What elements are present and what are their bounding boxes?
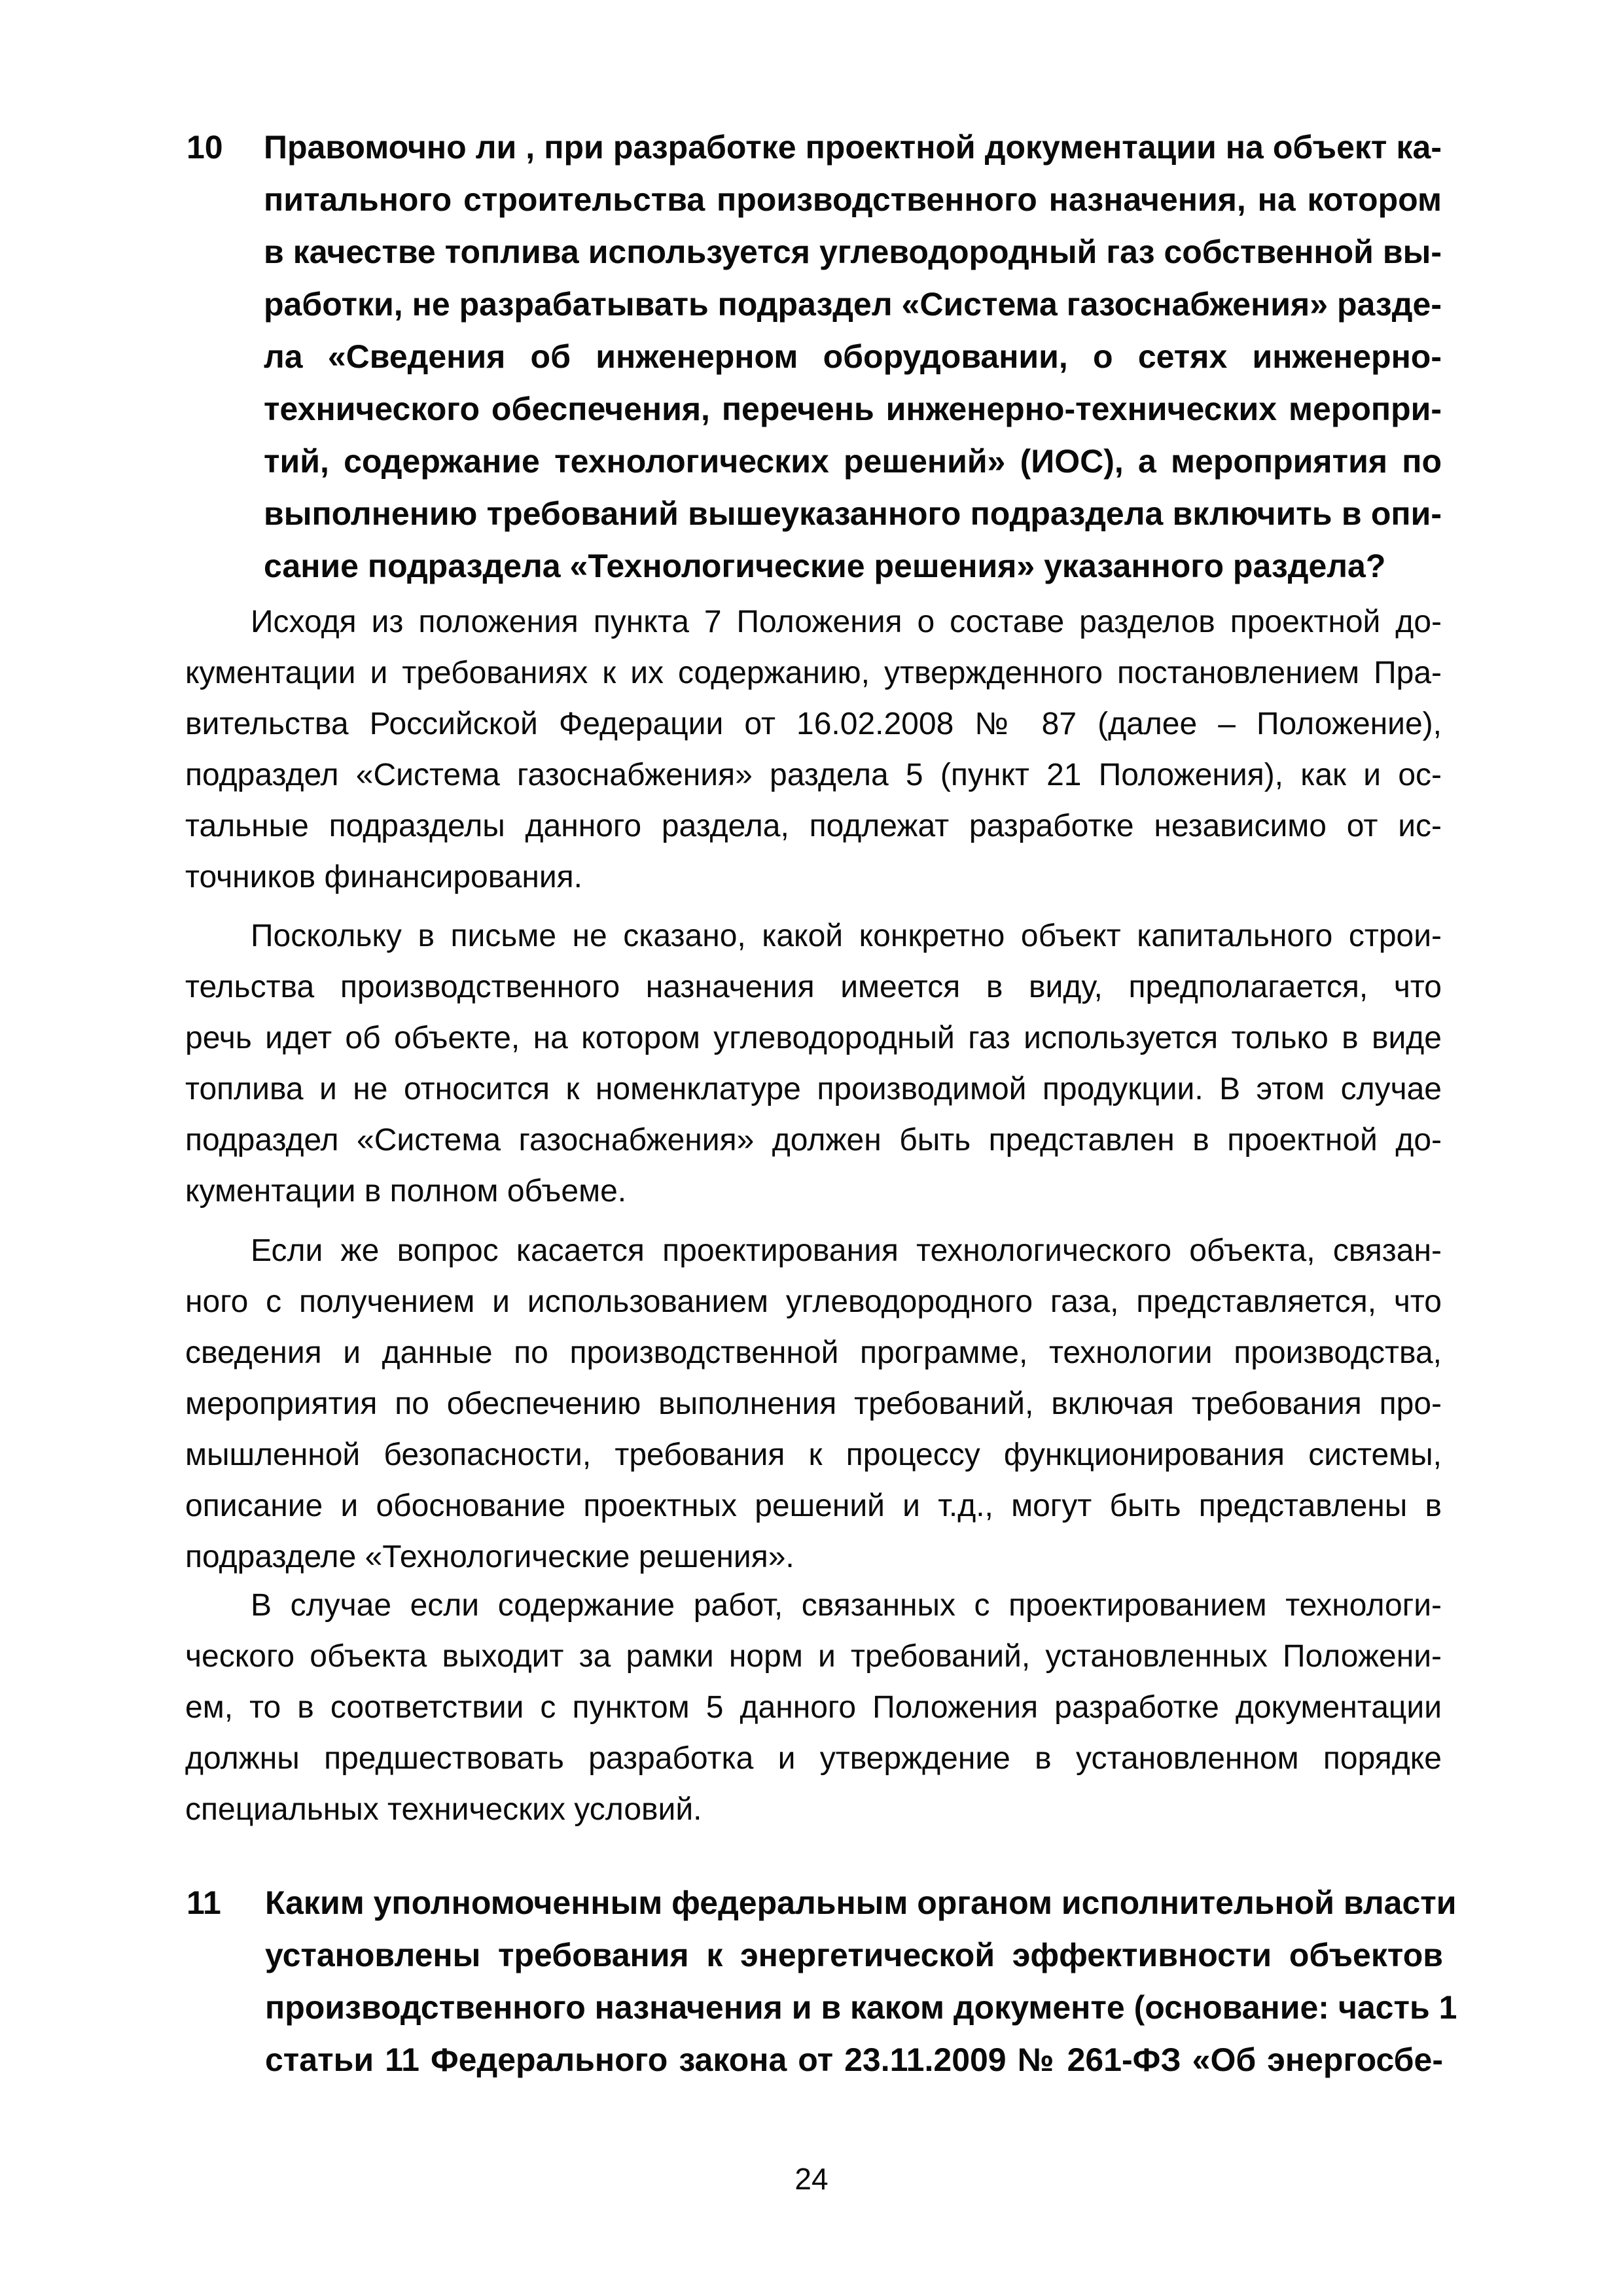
- question-number: 10: [187, 121, 223, 173]
- question-text: Правомочно ли , при разработке проектной…: [264, 121, 1442, 592]
- question-line: Правомочно ли , при разработке проектной…: [264, 121, 1442, 173]
- paragraph-line: ного с получением и использованием углев…: [185, 1277, 1442, 1328]
- paragraph-line: специальных технических условий.: [185, 1784, 1442, 1835]
- question-line: установлены требования к энергетической …: [265, 1929, 1443, 1981]
- paragraph-line: Исходя из положения пункта 7 Положения о…: [185, 597, 1442, 648]
- paragraph-line: мышленной безопасности, требования к про…: [185, 1430, 1442, 1481]
- paragraph-line: подраздел «Система газоснабжения» раздел…: [185, 750, 1442, 801]
- question-line: Каким уполномоченным федеральным органом…: [265, 1877, 1443, 1929]
- question-number: 11: [187, 1877, 221, 1929]
- answer-paragraph: Поскольку в письме не сказано, какой кон…: [185, 911, 1442, 1217]
- paragraph-line: В случае если содержание работ, связанны…: [185, 1580, 1442, 1631]
- paragraph-line: Поскольку в письме не сказано, какой кон…: [185, 911, 1442, 962]
- paragraph-line: кументации в полном объеме.: [185, 1166, 1442, 1217]
- question-line: тий, содержание технологических решений»…: [264, 435, 1442, 487]
- question-10: 10 Правомочно ли , при разработке проект…: [187, 121, 1443, 592]
- paragraph-line: тальные подразделы данного раздела, подл…: [185, 801, 1442, 852]
- question-line: питального строительства производственно…: [264, 173, 1442, 226]
- paragraph-line: ем, то в соответствии с пунктом 5 данног…: [185, 1682, 1442, 1733]
- paragraph-line: подраздел «Система газоснабжения» должен…: [185, 1115, 1442, 1166]
- question-line: статьи 11 Федерального закона от 23.11.2…: [265, 2034, 1443, 2086]
- document-page: 10 Правомочно ли , при разработке проект…: [0, 0, 1623, 2296]
- question-line: в качестве топлива используется углеводо…: [264, 226, 1442, 278]
- paragraph-line: топлива и не относится к номенклатуре пр…: [185, 1064, 1442, 1115]
- question-line: производственного назначения и в каком д…: [265, 1981, 1443, 2034]
- paragraph-line: точников финансирования.: [185, 852, 1442, 903]
- paragraph-line: кументации и требованиях к их содержанию…: [185, 648, 1442, 699]
- question-line: работки, не разрабатывать подраздел «Сис…: [264, 278, 1442, 330]
- question-text: Каким уполномоченным федеральным органом…: [265, 1877, 1443, 2086]
- paragraph-line: мероприятия по обеспечению выполнения тр…: [185, 1379, 1442, 1430]
- question-line: ла «Сведения об инженерном оборудовании,…: [264, 330, 1442, 383]
- paragraph-line: сведения и данные по производственной пр…: [185, 1328, 1442, 1379]
- answer-paragraph: Исходя из положения пункта 7 Положения о…: [185, 597, 1442, 903]
- paragraph-line: Если же вопрос касается проектирования т…: [185, 1226, 1442, 1277]
- question-line: сание подраздела «Технологические решени…: [264, 540, 1442, 592]
- question-line: выполнению требований вышеуказанного под…: [264, 487, 1442, 540]
- paragraph-line: подразделе «Технологические решения».: [185, 1532, 1442, 1583]
- page-number: 24: [0, 2159, 1623, 2199]
- paragraph-line: описание и обоснование проектных решений…: [185, 1481, 1442, 1532]
- answer-paragraph: В случае если содержание работ, связанны…: [185, 1580, 1442, 1835]
- question-11: 11 Каким уполномоченным федеральным орга…: [187, 1877, 1443, 2093]
- paragraph-line: речь идет об объекте, на котором углевод…: [185, 1013, 1442, 1064]
- paragraph-line: тельства производственного назначения им…: [185, 962, 1442, 1013]
- paragraph-line: должны предшествовать разработка и утвер…: [185, 1733, 1442, 1784]
- paragraph-line: ческого объекта выходит за рамки норм и …: [185, 1631, 1442, 1682]
- paragraph-line: вительства Российской Федерации от 16.02…: [185, 699, 1442, 750]
- question-line: технического обеспечения, перечень инжен…: [264, 383, 1442, 435]
- answer-paragraph: Если же вопрос касается проектирования т…: [185, 1226, 1442, 1583]
